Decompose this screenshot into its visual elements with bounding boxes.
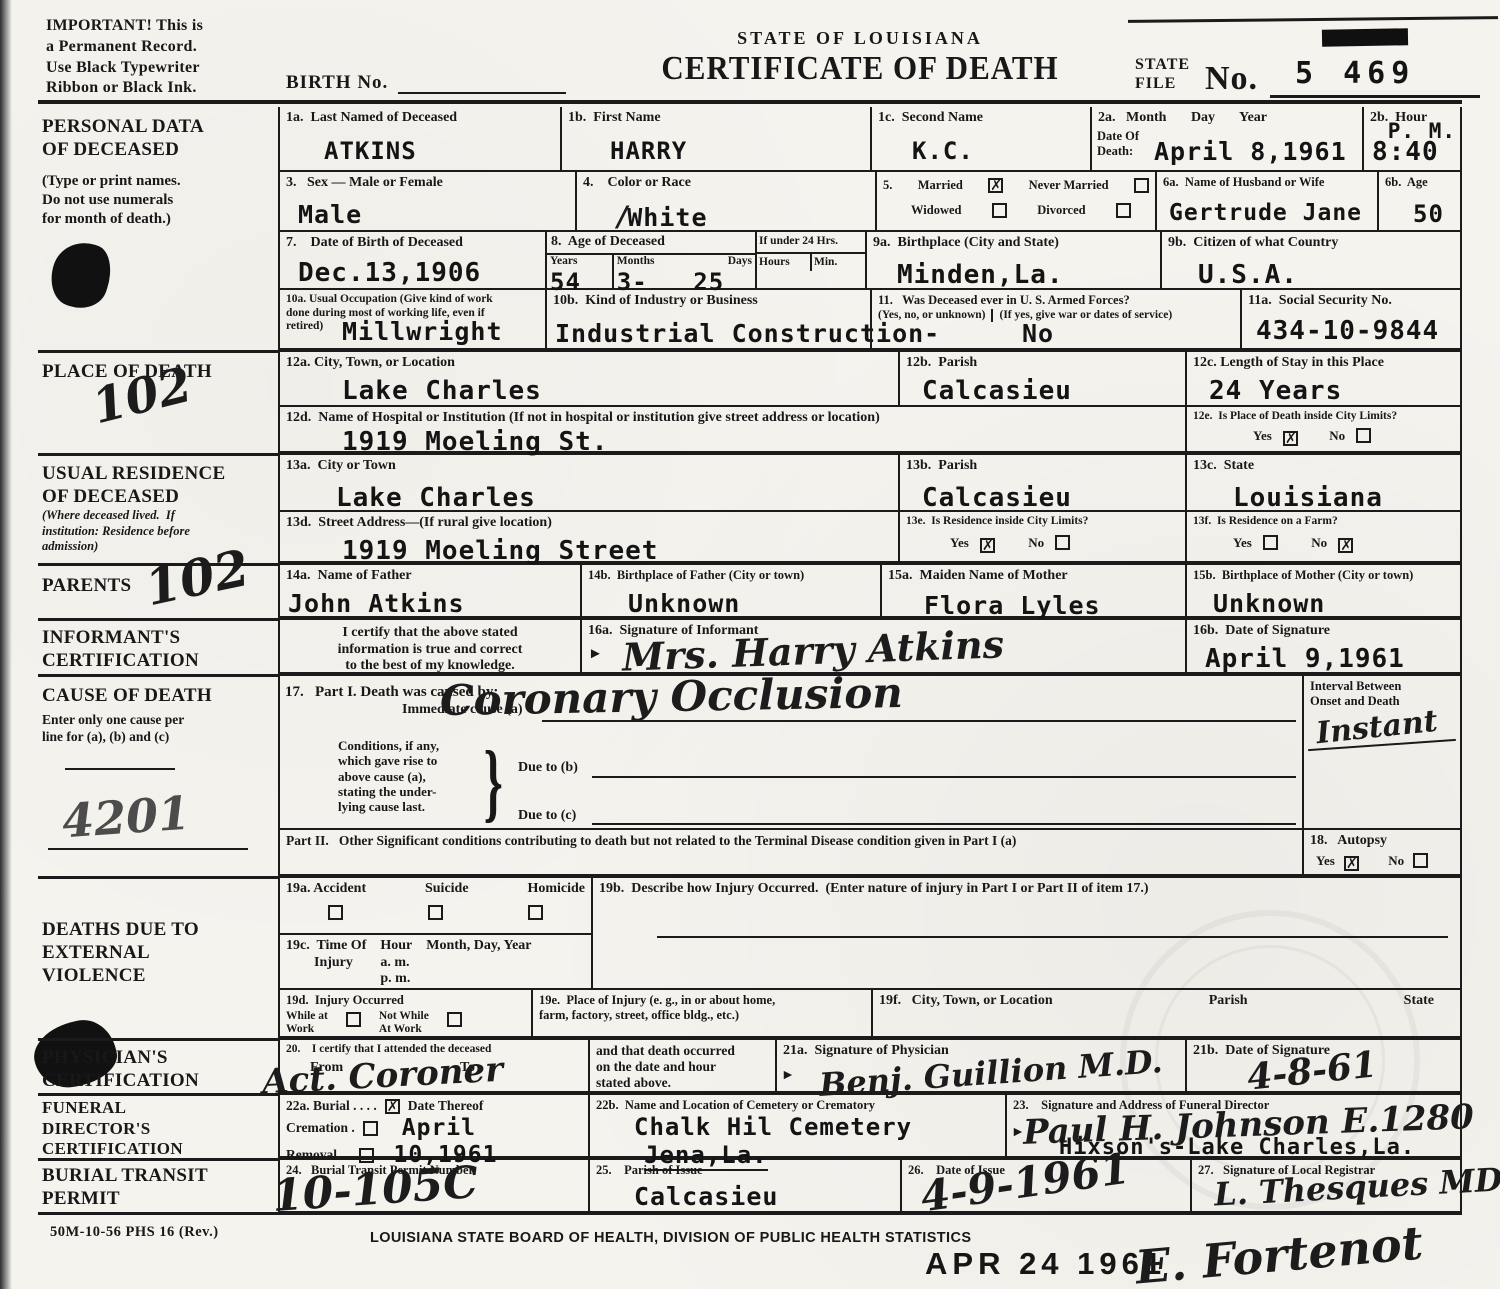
field-father-name: 14a. Name of Father John Atkins — [278, 565, 580, 616]
field-residence-city-value: Lake Charles — [336, 483, 892, 513]
row-place-of-death-city: 12a. City, Town, or Location Lake Charle… — [278, 352, 1462, 407]
marital-never-label: Never Married — [1029, 178, 1109, 193]
field-physician-date: 21b. Date of Signature 4-8-61 — [1185, 1040, 1460, 1091]
file-number-line — [1270, 95, 1480, 98]
field-hospital: 12d. Name of Hospital or Institution (If… — [278, 407, 1185, 451]
field-residence-state-value: Louisiana — [1233, 483, 1454, 513]
field-local-registrar: 27. Signature of Local Registrar L. Thes… — [1190, 1160, 1460, 1211]
parish-of-issue-value: Calcasieu — [634, 1182, 894, 1211]
pointer-icon: ► — [588, 646, 603, 663]
section-informant: INFORMANT'S CERTIFICATION — [42, 626, 199, 672]
cremation-label: Cremation . — [286, 1120, 355, 1136]
field-death-city-label: 12a. City, Town, or Location — [286, 355, 892, 372]
field-death-city: 12a. City, Town, or Location Lake Charle… — [278, 352, 898, 405]
injury-parish-label: Parish — [1209, 993, 1248, 1010]
file-no-label: No. — [1205, 60, 1258, 98]
while-at-work-label: While at Work — [286, 1010, 328, 1037]
burial-checkbox: ✗ — [385, 1099, 400, 1114]
marital-married-label: Married — [918, 178, 963, 193]
field-ssn: 11a. Social Security No. 434-10-9844 — [1240, 290, 1460, 348]
form-number: 50M-10-56 PHS 16 (Rev.) — [50, 1224, 219, 1241]
row-injury-location: 19d. Injury Occurred While at Work Not W… — [278, 990, 1462, 1040]
field-date-of-birth: 7. Date of Birth of Deceased Dec.13,1906 — [278, 232, 545, 288]
birth-no-line — [398, 92, 566, 94]
divider — [38, 1212, 280, 1215]
field-street-address: 13d. Street Address—(If rural give locat… — [278, 512, 898, 561]
field-industry: 10b. Kind of Industry or Business Indust… — [545, 290, 870, 348]
field-spouse-age-label: 6b. Age — [1385, 175, 1454, 190]
handwritten-code-4201: 4201 — [60, 786, 191, 849]
received-date-stamp: APR 24 1961 — [925, 1246, 1166, 1282]
birth-no-text: BIRTH No. — [286, 72, 388, 93]
field-length-of-stay-label: 12c. Length of Stay in this Place — [1193, 355, 1454, 372]
field-mother-name-value: Flora Lyles — [924, 591, 1179, 620]
field-parish-of-issue: 25. Parish of Issue Calcasieu — [588, 1160, 900, 1211]
field-dob-value: Dec.13,1906 — [298, 258, 539, 288]
marital-widowed-label: Widowed — [911, 203, 961, 218]
no-label: No — [1028, 535, 1044, 550]
field-physician-signature: 21a. Signature of Physician ► Benj. Guil… — [775, 1040, 1185, 1091]
permanent-record-notice: IMPORTANT! This is a Permanent Record. U… — [46, 16, 203, 99]
cremation-checkbox — [363, 1121, 378, 1136]
row-residence-city: 13a. City or Town Lake Charles 13b. Pari… — [278, 455, 1462, 512]
row-funeral: 22a. Burial . . . . ✗ Date Thereof Crema… — [278, 1095, 1462, 1160]
divider — [38, 618, 280, 621]
age-years-label: Years — [550, 255, 609, 269]
field-dob-label: 7. Date of Birth of Deceased — [286, 235, 539, 252]
field-date-of-death: 2a. Month Day Year Date Of Death: April … — [1090, 107, 1362, 170]
field-autopsy-label: 18. Autopsy — [1310, 833, 1454, 850]
no-label: No — [1311, 535, 1327, 550]
row-sex-race-marital: 3. Sex — Male or Female Male 4. Color or… — [278, 172, 1462, 232]
immediate-cause-value: Coronary Occlusion — [440, 668, 904, 725]
field-race-value: White — [627, 203, 707, 232]
field-occupation: 10a. Usual Occupation (Give kind of work… — [278, 290, 545, 348]
homicide-label: Homicide — [527, 881, 585, 897]
accident-label: 19a. Accident — [286, 881, 366, 897]
injury-hour-label: Hour a. m. p. m. — [380, 938, 412, 988]
field-place-of-injury: 19e. Place of Injury (e. g., in or about… — [531, 990, 871, 1036]
row-birth-age-birthplace: 7. Date of Birth of Deceased Dec.13,1906… — [278, 232, 1462, 290]
yes-label: Yes — [950, 535, 969, 550]
suicide-label: Suicide — [425, 881, 469, 897]
field-spouse-age-value: 50 — [1413, 200, 1454, 228]
field-injury-occurred-label: 19d. Injury Occurred — [286, 993, 525, 1008]
cemetery-name: Chalk Hil Cemetery — [634, 1113, 999, 1141]
death-city-limits-yes-checkbox: ✗ — [1283, 431, 1298, 446]
divider — [38, 563, 280, 566]
field-first-name: 1b. First Name HARRY — [560, 107, 870, 170]
married-checkbox: ✗ — [988, 178, 1003, 193]
row-hospital: 12d. Name of Hospital or Institution (If… — [278, 407, 1462, 455]
field-death-city-value: Lake Charles — [342, 376, 892, 406]
field-residence-parish-label: 13b. Parish — [906, 458, 1179, 475]
field-sex-label: 3. Sex — Male or Female — [286, 175, 569, 192]
field-residence-farm: 13f. Is Residence on a Farm? Yes No ✗ — [1185, 512, 1460, 561]
section-funeral-director: FUNERAL DIRECTOR'S CERTIFICATION — [42, 1098, 183, 1160]
field-cemetery: 22b. Name and Location of Cemetery or Cr… — [588, 1095, 1005, 1156]
field-sex-value: Male — [298, 200, 569, 229]
field-second-name-value: K.C. — [912, 137, 1084, 165]
field-hospital-label: 12d. Name of Hospital or Institution (If… — [286, 410, 1179, 427]
field-residence-state-label: 13c. State — [1193, 458, 1454, 475]
field-hospital-value: 1919 Moeling St. — [342, 427, 1179, 457]
field-mother-name: 15a. Maiden Name of Mother Flora Lyles — [880, 565, 1185, 616]
field-industry-label: 10b. Kind of Industry or Business — [553, 293, 864, 310]
divorced-checkbox — [1116, 203, 1131, 218]
field-first-name-value: HARRY — [610, 137, 864, 165]
field-funeral-director: 23. Signature and Address of Funeral Dir… — [1005, 1095, 1460, 1156]
age-header: 8. Age of Deceased — [547, 232, 755, 255]
yes-label: Yes — [1253, 428, 1272, 443]
field-parish-of-issue-label: 25. Parish of Issue — [596, 1163, 894, 1178]
row-parents: 14a. Name of Father John Atkins 14b. Bir… — [278, 565, 1462, 620]
board-of-health-footer: LOUISIANA STATE BOARD OF HEALTH, DIVISIO… — [370, 1230, 971, 1246]
injury-description-line — [657, 936, 1448, 938]
pointer-icon: ► — [781, 1068, 795, 1084]
residence-farm-no-checkbox: ✗ — [1338, 538, 1353, 553]
not-while-at-work-label: Not While At Work — [379, 1010, 429, 1037]
field-hour-of-death: 2b. Hour P. M. 8:40 — [1362, 107, 1460, 170]
field-street-address-value: 1919 Moeling Street — [342, 536, 892, 566]
file-number: 5 469 — [1295, 56, 1415, 91]
cause-part1: 17. Part I. Death was caused by: Immedia… — [278, 676, 1302, 828]
yes-label: Yes — [1316, 853, 1335, 868]
section-cause-of-death: CAUSE OF DEATH — [42, 684, 212, 707]
field-residence-city-limits-label: 13e. Is Residence inside City Limits? — [906, 515, 1179, 529]
field-father-birthplace-label: 14b. Birthplace of Father (City or town) — [588, 568, 874, 583]
suicide-checkbox — [428, 905, 443, 920]
field-mother-birthplace: 15b. Birthplace of Mother (City or town)… — [1185, 565, 1460, 616]
field-mother-birthplace-value: Unknown — [1213, 589, 1454, 618]
divider — [38, 1158, 280, 1161]
age-days-label: Days — [693, 255, 752, 269]
field-hour-value: 8:40 — [1372, 137, 1439, 167]
section-personal-note: (Type or print names. Do not use numeral… — [42, 172, 181, 228]
document-title: CERTIFICATE OF DEATH — [660, 49, 1060, 88]
redaction-bar — [1322, 28, 1408, 46]
section-external-violence: DEATHS DUE TO EXTERNAL VIOLENCE — [42, 918, 199, 988]
field-autopsy: 18. Autopsy Yes ✗ No — [1302, 830, 1460, 874]
due-to-c-label: Due to (c) — [518, 808, 576, 825]
field-cemetery-label: 22b. Name and Location of Cemetery or Cr… — [596, 1098, 999, 1113]
section-cause-note: Enter only one cause per line for (a), (… — [42, 712, 184, 746]
cause-part2-label: Part II. Other Significant conditions co… — [286, 833, 1296, 849]
field-date-of-issue: 26. Date of Issue 4-9-1961 — [900, 1160, 1190, 1211]
field-father-name-label: 14a. Name of Father — [286, 568, 574, 585]
birth-no-label: BIRTH No. — [286, 72, 388, 94]
field-age-of-deceased: 8. Age of Deceased Years 54 Months 3- Da… — [545, 232, 755, 288]
field-attended: 20. I certify that I attended the deceas… — [278, 1040, 588, 1091]
row-occupation-industry: 10a. Usual Occupation (Give kind of work… — [278, 290, 1462, 352]
field-armed-forces: 11. Was Deceased ever in U. S. Armed For… — [870, 290, 1240, 348]
death-certificate-scan: IMPORTANT! This is a Permanent Record. U… — [0, 0, 1500, 1289]
field-sex: 3. Sex — Male or Female Male — [278, 172, 575, 230]
field-residence-state: 13c. State Louisiana — [1185, 455, 1460, 510]
injury-mdy-label: Month, Day, Year — [426, 938, 531, 988]
residence-farm-yes-checkbox — [1263, 535, 1278, 550]
field-father-name-value: John Atkins — [288, 589, 574, 618]
state-title: STATE OF LOUISIANA — [700, 28, 1020, 49]
field-marital-status: 5. Married ✗ Never Married Widowed Divor… — [875, 172, 1155, 230]
field-spouse-name: 6a. Name of Husband or Wife Gertrude Jan… — [1155, 172, 1377, 230]
field-race-label: 4. Color or Race — [583, 175, 869, 192]
field-occupation-value: Millwright — [342, 317, 503, 346]
field-informant-signature: 16a. Signature of Informant ► Mrs. Harry… — [580, 620, 1185, 672]
field-residence-city: 13a. City or Town Lake Charles — [278, 455, 898, 510]
burial-date-month: April — [402, 1115, 476, 1141]
field-describe-injury-label: 19b. Describe how Injury Occurred. (Ente… — [599, 881, 1454, 898]
never-married-checkbox — [1134, 178, 1149, 193]
field-residence-parish: 13b. Parish Calcasieu — [898, 455, 1185, 510]
field-citizenship-value: U.S.A. — [1198, 260, 1454, 290]
accident-checkbox — [328, 905, 343, 920]
ink-blot — [43, 235, 119, 316]
scan-edge — [0, 0, 12, 1289]
field-last-name: 1a. Last Named of Deceased ATKINS — [278, 107, 560, 170]
marital-divorced-label: Divorced — [1037, 203, 1085, 218]
injury-state-label: State — [1404, 993, 1434, 1010]
row-street-address: 13d. Street Address—(If rural give locat… — [278, 512, 1462, 565]
field-birthplace-value: Minden,La. — [897, 260, 1154, 290]
field-under-24-hrs: If under 24 Hrs. Hours Min. — [755, 232, 865, 288]
field-permit-number: 24. Burial Transit Permit Number 10-105C — [278, 1160, 588, 1211]
field-ssn-value: 434-10-9844 — [1256, 316, 1454, 346]
field-signature-date: 16b. Date of Signature April 9,1961 — [1185, 620, 1460, 672]
field-injury-city-label: 19f. City, Town, or Location — [879, 993, 1053, 1010]
field-armed-forces-label: 11. Was Deceased ever in U. S. Armed For… — [878, 293, 1234, 308]
row-name-and-date: 1a. Last Named of Deceased ATKINS 1b. Fi… — [278, 107, 1462, 172]
cause-part2: Part II. Other Significant conditions co… — [278, 830, 1302, 874]
field-second-name: 1c. Second Name K.C. — [870, 107, 1090, 170]
field-color-or-race: 4. Color or Race /White — [575, 172, 875, 230]
field-interval: Interval Between Onset and Death Instant — [1302, 676, 1460, 828]
field-place-of-injury-label: 19e. Place of Injury (e. g., in or about… — [539, 993, 865, 1023]
age-months-label: Months — [617, 255, 688, 269]
row-physician: 20. I certify that I attended the deceas… — [278, 1040, 1462, 1095]
field-mother-name-label: 15a. Maiden Name of Mother — [888, 568, 1179, 585]
field-death-city-limits-label: 12e. Is Place of Death inside City Limit… — [1193, 410, 1454, 424]
field-birthplace-label: 9a. Birthplace (City and State) — [873, 235, 1154, 252]
conditions-note: Conditions, if any, which gave rise to a… — [338, 738, 439, 815]
cause-b-line — [592, 776, 1296, 778]
autopsy-yes-checkbox: ✗ — [1344, 856, 1359, 871]
section-physician: PHYSICIAN'S CERTIFICATION — [42, 1046, 199, 1092]
file-box-top-line — [1128, 16, 1498, 23]
row-part2-autopsy: Part II. Other Significant conditions co… — [278, 830, 1462, 878]
field-death-parish-value: Calcasieu — [922, 376, 1179, 406]
under24-header: If under 24 Hrs. — [757, 232, 865, 254]
death-city-limits-no-checkbox — [1356, 428, 1371, 443]
field-death-city-limits: 12e. Is Place of Death inside City Limit… — [1185, 407, 1460, 451]
field-length-of-stay: 12c. Length of Stay in this Place 24 Yea… — [1185, 352, 1460, 405]
handwritten-slash: / — [617, 200, 627, 233]
field-length-of-stay-value: 24 Years — [1209, 376, 1454, 406]
field-burial-type: 22a. Burial . . . . ✗ Date Thereof Crema… — [278, 1095, 588, 1156]
field-father-birthplace: 14b. Birthplace of Father (City or town)… — [580, 565, 880, 616]
section-residence-note: (Where deceased lived. If institution: R… — [42, 508, 190, 555]
field-signature-date-value: April 9,1961 — [1205, 644, 1454, 674]
field-residence-city-limits: 13e. Is Residence inside City Limits? Ye… — [898, 512, 1185, 561]
row-burial-permit: 24. Burial Transit Permit Number 10-105C… — [278, 1160, 1462, 1215]
divider — [38, 350, 280, 353]
due-to-b-label: Due to (b) — [518, 760, 578, 777]
row-cause-of-death: 17. Part I. Death was caused by: Immedia… — [278, 676, 1462, 830]
field-father-birthplace-value: Unknown — [628, 589, 874, 618]
field-injury-city: 19f. City, Town, or Location Parish Stat… — [871, 990, 1460, 1036]
cause-c-line — [592, 823, 1296, 825]
date-thereof-label: Date Thereof — [408, 1098, 484, 1114]
while-at-work-checkbox — [346, 1012, 361, 1027]
field-residence-parish-value: Calcasieu — [922, 483, 1179, 513]
residence-city-limits-no-checkbox — [1055, 535, 1070, 550]
field-residence-city-label: 13a. City or Town — [286, 458, 892, 475]
armed-forces-sub2: (If yes, give war or dates of service) — [991, 309, 1172, 323]
no-label: No — [1388, 853, 1404, 868]
burial-label: 22a. Burial . . . . — [286, 1098, 377, 1114]
field-street-address-label: 13d. Street Address—(If rural give locat… — [286, 515, 892, 532]
brace-glyph: } — [484, 732, 503, 833]
field-death-parish-label: 12b. Parish — [906, 355, 1179, 372]
field-ssn-label: 11a. Social Security No. — [1248, 293, 1454, 310]
section-burial-transit: BURIAL TRANSIT PERMIT — [42, 1164, 208, 1210]
field-death-parish: 12b. Parish Calcasieu — [898, 352, 1185, 405]
field-date-of-death-label: 2a. Month Day Year — [1098, 110, 1356, 127]
cause-note-line — [65, 768, 175, 770]
section-personal-data: PERSONAL DATA OF DECEASED — [42, 115, 204, 161]
divider — [38, 1038, 280, 1041]
autopsy-no-checkbox — [1413, 853, 1428, 868]
field-residence-farm-label: 13f. Is Residence on a Farm? — [1193, 515, 1454, 529]
code-4201-line — [48, 848, 248, 850]
date-of-death-prefix: Date Of Death: — [1097, 129, 1139, 159]
field-mother-birthplace-label: 15b. Birthplace of Mother (City or town) — [1193, 568, 1454, 583]
field-second-name-label: 1c. Second Name — [878, 110, 1084, 127]
field-citizenship: 9b. Citizen of what Country U.S.A. — [1160, 232, 1460, 288]
divider — [38, 674, 280, 677]
section-usual-residence: USUAL RESIDENCE OF DECEASED — [42, 462, 225, 508]
field-last-name-label: 1a. Last Named of Deceased — [286, 110, 554, 127]
section-parents: PARENTS — [42, 574, 131, 597]
not-while-at-work-checkbox — [447, 1012, 462, 1027]
violence-left: 19a. Accident Suicide Homicide 19c. Time… — [278, 878, 591, 988]
state-file-label: STATE FILE — [1135, 56, 1190, 94]
field-signature-date-label: 16b. Date of Signature — [1193, 623, 1454, 640]
field-first-name-label: 1b. First Name — [568, 110, 864, 127]
under24-min-label: Min. — [810, 254, 865, 272]
homicide-checkbox — [528, 905, 543, 920]
field-citizenship-label: 9b. Citizen of what Country — [1168, 235, 1454, 252]
field-spouse-value: Gertrude Jane — [1169, 200, 1371, 226]
divider — [38, 453, 280, 456]
field-spouse-age: 6b. Age 50 — [1377, 172, 1460, 230]
under24-hours-label: Hours — [757, 254, 810, 272]
physician-statement: and that death occurred on the date and … — [588, 1040, 775, 1091]
yes-label: Yes — [1233, 535, 1252, 550]
informant-statement-text: I certify that the above stated informat… — [286, 625, 574, 675]
divider — [38, 1093, 280, 1096]
marital-number: 5. — [883, 178, 892, 193]
field-date-of-death-value: April 8,1961 — [1154, 137, 1347, 166]
armed-forces-sub1: (Yes, no, or unknown) — [878, 309, 991, 323]
no-label: No — [1329, 428, 1345, 443]
field-birthplace: 9a. Birthplace (City and State) Minden,L… — [865, 232, 1160, 288]
registrar-footer-signature: E. Fortenot — [1133, 1216, 1425, 1289]
field-last-name-value: ATKINS — [324, 137, 554, 165]
divider — [38, 876, 280, 879]
residence-city-limits-yes-checkbox: ✗ — [980, 538, 995, 553]
widowed-checkbox — [992, 203, 1007, 218]
field-armed-forces-value: No — [1022, 319, 1054, 348]
field-describe-injury: 19b. Describe how Injury Occurred. (Ente… — [591, 878, 1460, 988]
physician-statement-text: and that death occurred on the date and … — [596, 1043, 769, 1091]
field-injury-occurred: 19d. Injury Occurred While at Work Not W… — [278, 990, 531, 1036]
row-external-violence: 19a. Accident Suicide Homicide 19c. Time… — [278, 878, 1462, 990]
header-rule — [38, 100, 1462, 104]
time-of-injury-label: 19c. Time Of Injury — [286, 938, 366, 988]
field-spouse-label: 6a. Name of Husband or Wife — [1163, 175, 1371, 190]
informant-statement: I certify that the above stated informat… — [278, 620, 580, 672]
